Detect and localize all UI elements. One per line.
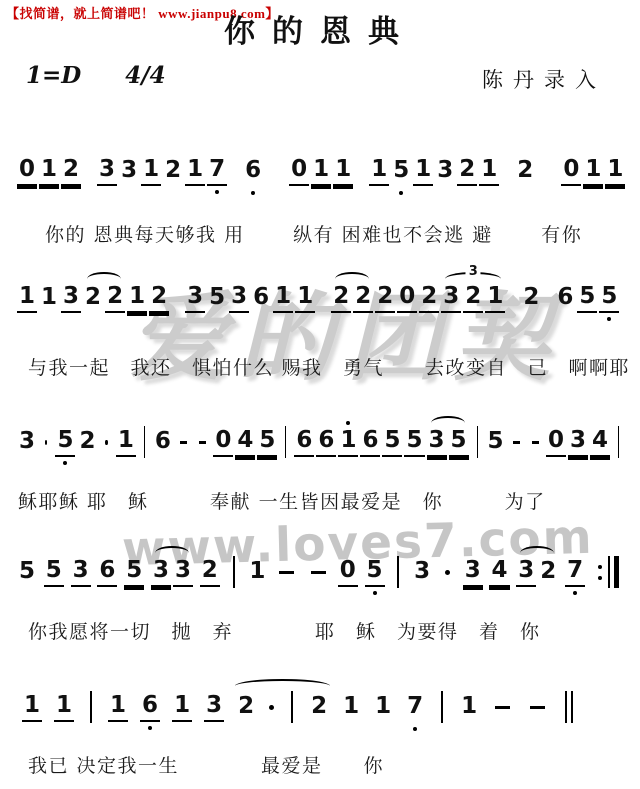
note: 2	[515, 158, 535, 185]
note: 7	[565, 558, 585, 587]
augmentation-dot-icon	[269, 705, 274, 710]
note: 5	[382, 428, 402, 457]
note: 5	[257, 428, 277, 457]
note: 1	[479, 157, 499, 186]
note: 6	[316, 428, 336, 457]
duration-dash-icon	[530, 706, 545, 709]
note: 1	[108, 693, 128, 722]
note: 1	[116, 428, 136, 457]
note: 1	[485, 284, 505, 313]
barline	[291, 691, 293, 723]
note: 3	[427, 428, 447, 457]
note: 1	[605, 157, 625, 186]
note: 1	[311, 157, 331, 186]
duration-dash-icon	[180, 441, 187, 444]
note: 0	[561, 157, 581, 186]
note: 1	[459, 694, 479, 721]
note: 1	[413, 157, 433, 186]
song-title: 你的恩典	[0, 6, 640, 51]
barline	[144, 426, 145, 458]
augmentation-dot-icon	[105, 440, 107, 445]
note: 3	[151, 558, 171, 587]
note: 1	[338, 428, 358, 457]
note: 3	[229, 284, 249, 313]
note: 7	[405, 694, 425, 721]
note: 4	[235, 428, 255, 457]
lyrics-line-5: 我已 决定我一生 最爱是 你	[28, 751, 384, 778]
music-line-4: 55365332105334327	[16, 551, 626, 593]
note: 3	[441, 284, 461, 313]
note: 3	[71, 558, 91, 587]
duration-dash-icon	[279, 571, 294, 574]
note: 5	[124, 558, 144, 587]
note: 2	[309, 694, 329, 721]
note: 1	[172, 693, 192, 722]
note: 3	[61, 284, 81, 313]
barline	[397, 556, 399, 588]
note: 2	[105, 284, 125, 313]
note: 5	[391, 158, 411, 185]
note: 6	[153, 429, 173, 456]
note: 5	[449, 428, 469, 457]
note: 2	[149, 284, 169, 313]
note: 2	[463, 284, 483, 313]
note: 3	[185, 284, 205, 313]
note: 3	[204, 693, 224, 722]
note: 0	[17, 157, 37, 186]
barline	[90, 691, 92, 723]
note: 3	[516, 558, 536, 587]
tie-slur-group: 32	[515, 558, 559, 587]
tie-slur-group: 22	[230, 691, 335, 723]
sheet-music-page: 【找简谱，就上简谱吧！ www.jianpu8.com】 你的恩典 1=D4/4…	[0, 0, 640, 789]
note: 1	[39, 157, 59, 186]
note: 3	[568, 428, 588, 457]
note: 4	[590, 428, 610, 457]
note: 5	[404, 428, 424, 457]
duration-dash-icon	[513, 441, 520, 444]
music-line-1: 01233121760111513212011	[16, 150, 626, 192]
tie-slur-group: 22	[82, 284, 126, 313]
note: 5	[599, 284, 619, 313]
barline	[477, 426, 478, 458]
note: 6	[97, 558, 117, 587]
augmentation-dot-icon	[45, 440, 47, 445]
note: 5	[486, 429, 506, 456]
note: 2	[77, 429, 97, 456]
note: 3	[119, 158, 139, 185]
final-double-barline	[565, 691, 573, 723]
barline	[441, 691, 443, 723]
note: 6	[555, 285, 575, 312]
barline	[285, 426, 286, 458]
note: 6	[294, 428, 314, 457]
note: 1	[583, 157, 603, 186]
note: 2	[163, 158, 183, 185]
note: 2	[538, 559, 558, 586]
note: 6	[243, 158, 263, 185]
note: 2	[521, 285, 541, 312]
time-signature: 4/4	[125, 62, 165, 89]
note: 5	[17, 559, 37, 586]
note: 3	[97, 157, 117, 186]
lyrics-line-2: 与我一起 我还 惧怕什么 赐我 勇气 去改变自 己 啊啊耶	[28, 353, 630, 380]
note: 0	[546, 428, 566, 457]
note: 3	[173, 558, 193, 587]
note: 2	[457, 157, 477, 186]
lyrics-line-1: 你的 恩典每天够我 用 纵有 困难也不会逃 避 有你	[45, 220, 582, 247]
note: 2	[353, 284, 373, 313]
note: 1	[141, 157, 161, 186]
note: 4	[489, 558, 509, 587]
duration-dash-icon	[532, 441, 539, 444]
note: 0	[338, 558, 358, 587]
note: 2	[236, 694, 256, 721]
note: 6	[251, 285, 271, 312]
note: 6	[360, 428, 380, 457]
note: 2	[61, 157, 81, 186]
note: 1	[295, 284, 315, 313]
note: 3	[463, 558, 483, 587]
duration-dash-icon	[311, 571, 326, 574]
lyrics-line-3: 稣耶稣 耶 稣 奉献 一生皆因最爱是 你 为了	[18, 487, 546, 514]
note: 1	[273, 284, 293, 313]
music-line-5: 111613221171	[16, 686, 583, 728]
note: 1	[247, 559, 267, 586]
note: 3	[17, 429, 37, 456]
note: 3	[412, 559, 432, 586]
note: 1	[22, 693, 42, 722]
note: 2	[375, 284, 395, 313]
lyrics-line-4: 你我愿将一切 抛 弃 耶 稣 为要得 着 你	[28, 617, 541, 644]
note: 0	[397, 284, 417, 313]
note: 6	[140, 693, 160, 722]
note: 2	[419, 284, 439, 313]
note: 5	[365, 558, 385, 587]
note: 1	[39, 285, 59, 312]
note: 7	[207, 157, 227, 186]
tuplet-number: 3	[466, 265, 481, 278]
tie-slur-group: 3321	[440, 284, 506, 313]
note: 5	[44, 558, 64, 587]
note: 1	[333, 157, 353, 186]
augmentation-dot-icon	[445, 570, 450, 575]
note: 1	[54, 693, 74, 722]
note: 3	[435, 158, 455, 185]
music-line-2: 11322123536112220233212655	[16, 277, 626, 319]
barline	[233, 556, 235, 588]
duration-dash-icon	[495, 706, 510, 709]
note: 2	[83, 285, 103, 312]
note: 5	[55, 428, 75, 457]
note: 5	[577, 284, 597, 313]
tie-slur-group: 22	[330, 284, 374, 313]
note: 1	[341, 694, 361, 721]
transcriber-credit: 陈丹录入	[482, 64, 606, 94]
note: 0	[289, 157, 309, 186]
note: 5	[207, 285, 227, 312]
note: 1	[373, 694, 393, 721]
note: 2	[331, 284, 351, 313]
tie-slur-group: 35	[426, 428, 470, 457]
key-time-signature: 1=D4/4	[26, 62, 166, 89]
note: 1	[17, 284, 37, 313]
music-line-3: 35216045661655355034	[16, 421, 626, 463]
tie-slur-group: 33	[150, 558, 194, 587]
note: 1	[369, 157, 389, 186]
repeat-final-barline	[598, 556, 619, 588]
note: 1	[185, 157, 205, 186]
key-signature: 1=D	[26, 62, 81, 89]
note: 1	[127, 284, 147, 313]
note: 0	[213, 428, 233, 457]
barline	[618, 426, 619, 458]
duration-dash-icon	[199, 441, 206, 444]
note: 2	[200, 558, 220, 587]
